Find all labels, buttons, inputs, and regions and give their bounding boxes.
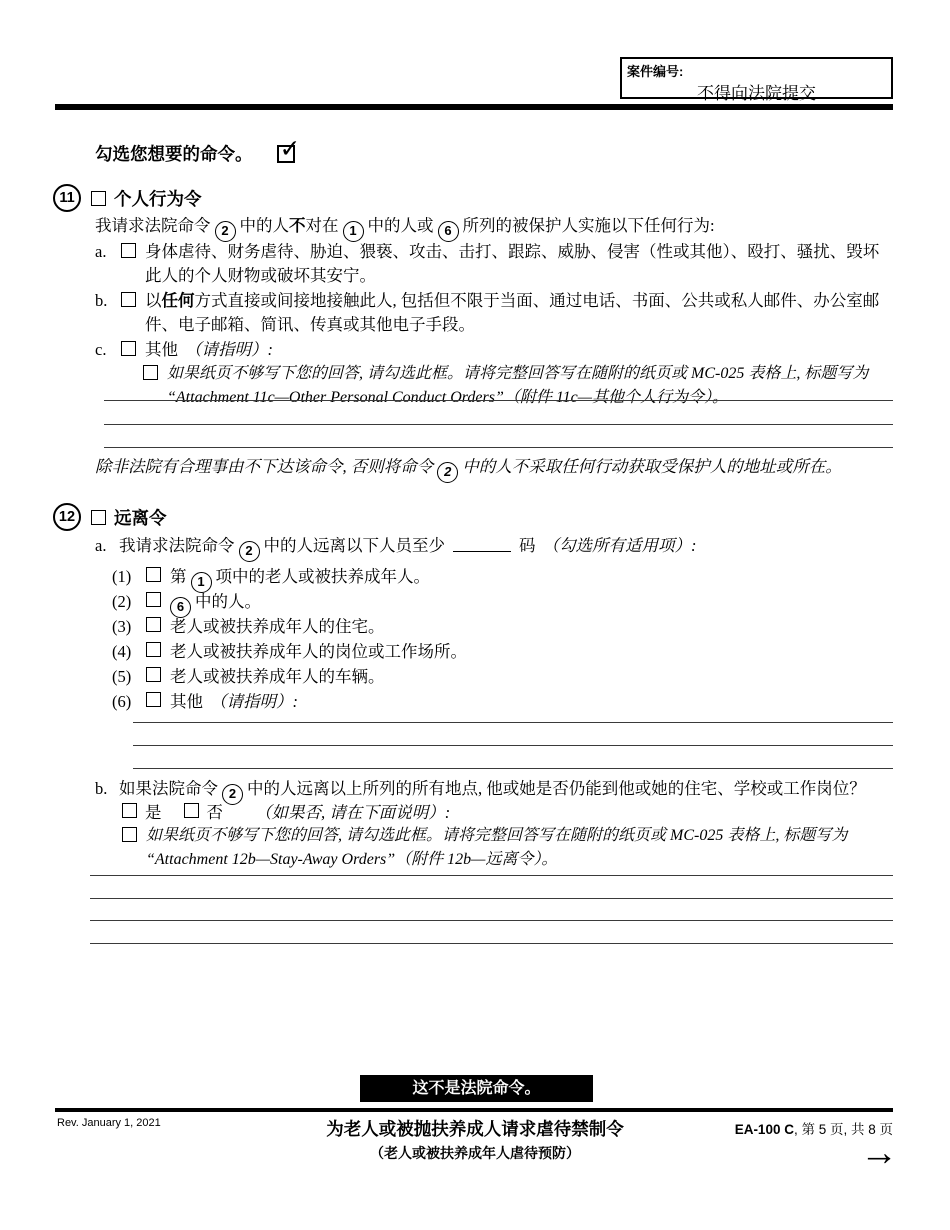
item-11b-pre: 以 — [145, 291, 162, 310]
sub-item-1: (1) 第1项中的老人或被扶养成年人。 — [112, 565, 430, 593]
attachment-12b: 如果纸页不够写下您的回答, 请勾选此框。请将完整回答写在随附的纸页或 MC-02… — [122, 824, 894, 871]
sub-item-1-text: 第1项中的老人或被扶养成年人。 — [170, 565, 430, 593]
write-line[interactable] — [133, 722, 893, 723]
form-page: { "header": { "case_label": "案件编号:", "ca… — [0, 0, 950, 1230]
sub-item-2-text: 6中的人。 — [170, 590, 261, 618]
section-12-checkbox[interactable] — [91, 510, 106, 525]
sub-item-4-label: 老人或被扶养成年人的岗位或工作场所。 — [170, 640, 467, 663]
attachment-11c-checkbox[interactable] — [143, 365, 158, 380]
sub-item-5-label: 老人或被扶养成年人的车辆。 — [170, 665, 385, 688]
yes-no-row: 是 否 （如果否, 请在下面说明）: — [122, 801, 450, 825]
write-line[interactable] — [90, 943, 893, 944]
sub-item-4-number: (4) — [112, 640, 146, 663]
item-11b: b. 以任何方式直接或间接地接触此人, 包括但不限于当面、通过电话、书面、公共或… — [95, 289, 887, 336]
write-line[interactable] — [104, 424, 893, 425]
sub-item-1-number: (1) — [112, 565, 146, 588]
intro-text: 所列的被保护人实施以下任何行为: — [463, 216, 715, 235]
case-number-label: 案件编号: — [622, 59, 891, 80]
case-number-value: 不得向法院提交 — [622, 79, 891, 104]
yes-checkbox[interactable] — [122, 803, 137, 818]
form-number: EA-100 C — [735, 1122, 794, 1137]
write-line[interactable] — [104, 400, 893, 401]
no-label: 否 — [207, 801, 224, 825]
sub-item-6-checkbox[interactable] — [146, 692, 161, 707]
write-line[interactable] — [90, 898, 893, 899]
item-11c-checkbox[interactable] — [121, 341, 136, 356]
sub-item-2-checkbox[interactable] — [146, 592, 161, 607]
section-12-number: 12 — [53, 503, 81, 531]
intro-text: 对在 — [306, 216, 339, 235]
item-11c-hint: （请指明）: — [185, 340, 273, 359]
yes-label: 是 — [145, 801, 162, 825]
note-text: 中的人不采取任何行动获取受保护人的地址或所在。 — [462, 457, 842, 476]
item-11b-bold: 任何 — [162, 291, 195, 310]
circled-2-icon: 2 — [239, 541, 260, 562]
item-12b-post: 中的人远离以上所列的所有地点, 他或她是否仍能到他或她的住宅、学校或工作岗位？ — [247, 779, 866, 798]
instruction-text: 勾选您想要的命令。 — [95, 141, 253, 166]
section-11-checkbox[interactable] — [91, 191, 106, 206]
intro-bold-text: 不 — [289, 216, 306, 235]
yes-no-hint: （如果否, 请在下面说明）: — [255, 801, 450, 825]
checked-checkbox-icon: ✓ — [277, 145, 295, 163]
item-11c-text: 其他（请指明）: — [145, 338, 273, 362]
write-line[interactable] — [133, 768, 893, 769]
next-page-arrow-icon: → — [860, 1134, 898, 1172]
attachment-12b-checkbox[interactable] — [122, 827, 137, 842]
item-11a-text: 身体虐待、财务虐待、胁迫、猥亵、攻击、击打、跟踪、威胁、侵害（性或其他）、殴打、… — [145, 240, 887, 287]
section-11-number: 11 — [53, 184, 81, 212]
item-11a-checkbox[interactable] — [121, 243, 136, 258]
attachment-11c: 如果纸页不够写下您的回答, 请勾选此框。请将完整回答写在随附的纸页或 MC-02… — [143, 362, 897, 409]
sub-item-6-label: 其他 — [170, 692, 203, 711]
circled-6-icon: 6 — [438, 221, 459, 242]
item-11a-marker: a. — [95, 240, 121, 264]
item-11c-marker: c. — [95, 338, 121, 362]
section-11-intro: 我请求法院命令2中的人不对在1中的人或6所列的被保护人实施以下任何行为: — [95, 214, 900, 242]
sub-item-5-checkbox[interactable] — [146, 667, 161, 682]
footer-divider — [55, 1108, 893, 1112]
section-12-header: 12 远离令 — [53, 503, 167, 531]
intro-text: 我请求法院命令 — [95, 216, 211, 235]
item-12a: a. 我请求法院命令2中的人远离以下人员至少码（勾选所有适用项）: — [95, 534, 697, 562]
item-11b-marker: b. — [95, 289, 121, 313]
sub-item-3-label: 老人或被扶养成年人的住宅。 — [170, 615, 385, 638]
sub-item-2-number: (2) — [112, 590, 146, 613]
intro-text: 中的人或 — [368, 216, 434, 235]
sub-item-6-hint: （请指明）: — [210, 692, 298, 711]
item-12b-marker: b. — [95, 777, 119, 801]
instruction-heading: 勾选您想要的命令。 ✓ — [95, 141, 295, 166]
item-11c: c. 其他（请指明）: — [95, 338, 273, 362]
item-12a-text: 我请求法院命令2中的人远离以下人员至少码（勾选所有适用项）: — [119, 534, 697, 562]
sub-item-3-checkbox[interactable] — [146, 617, 161, 632]
write-line[interactable] — [90, 920, 893, 921]
circled-1-icon: 1 — [343, 221, 364, 242]
circled-2-icon: 2 — [215, 221, 236, 242]
section-12-title: 远离令 — [114, 505, 167, 530]
form-subtitle: （老人或被扶养成年人虐待预防） — [0, 1143, 950, 1163]
circled-2-icon: 2 — [437, 462, 458, 483]
sub-item-2-label: 中的人。 — [195, 592, 261, 611]
write-line[interactable] — [133, 745, 893, 746]
section-11-header: 11 个人行为令 — [53, 184, 202, 212]
sub-item-4: (4) 老人或被扶养成年人的岗位或工作场所。 — [112, 640, 467, 663]
top-divider — [55, 104, 893, 110]
sub-item-2: (2) 6中的人。 — [112, 590, 261, 618]
item-11c-label: 其他 — [145, 340, 178, 359]
attachment-11c-text: 如果纸页不够写下您的回答, 请勾选此框。请将完整回答写在随附的纸页或 MC-02… — [167, 362, 897, 409]
item-12a-marker: a. — [95, 534, 119, 558]
item-11b-text: 以任何方式直接或间接地接触此人, 包括但不限于当面、通过电话、书面、公共或私人邮… — [145, 289, 887, 336]
item-12b-pre: 如果法院命令 — [119, 779, 218, 798]
sub-item-5: (5) 老人或被扶养成年人的车辆。 — [112, 665, 385, 688]
sub-item-6-text: 其他（请指明）: — [170, 690, 298, 713]
case-number-box[interactable]: 案件编号: 不得向法院提交 — [620, 57, 893, 99]
not-court-order-banner: 这不是法院命令。 — [360, 1075, 593, 1102]
note-text: 除非法院有合理事由不下达该命令, 否则将命令 — [95, 457, 433, 476]
item-12a-mid: 中的人远离以下人员至少 — [264, 536, 446, 555]
attachment-12b-text: 如果纸页不够写下您的回答, 请勾选此框。请将完整回答写在随附的纸页或 MC-02… — [146, 824, 894, 871]
sub-item-6-number: (6) — [112, 690, 146, 713]
sub-item-3: (3) 老人或被扶养成年人的住宅。 — [112, 615, 385, 638]
item-12a-pre: 我请求法院命令 — [119, 536, 235, 555]
write-line[interactable] — [90, 875, 893, 876]
item-12a-hint: （勾选所有适用项）: — [543, 536, 697, 555]
sub-item-3-number: (3) — [112, 615, 146, 638]
intro-text: 中的人 — [240, 216, 290, 235]
sub-item-6: (6) 其他（请指明）: — [112, 690, 298, 713]
no-checkbox[interactable] — [184, 803, 199, 818]
section-11-title: 个人行为令 — [114, 186, 202, 211]
sub-item-1-pre: 第 — [170, 567, 187, 586]
section-11-note: 除非法院有合理事由不下达该命令, 否则将命令2中的人不采取任何行动获取受保护人的… — [95, 455, 900, 483]
sub-item-1-checkbox[interactable] — [146, 567, 161, 582]
sub-item-1-label: 项中的老人或被扶养成年人。 — [216, 567, 431, 586]
item-11b-checkbox[interactable] — [121, 292, 136, 307]
item-11b-post: 方式直接或间接地接触此人, 包括但不限于当面、通过电话、书面、公共或私人邮件、办… — [145, 291, 879, 334]
item-12a-unit: 码 — [519, 536, 536, 555]
yards-blank-field[interactable] — [453, 537, 511, 552]
item-11a: a. 身体虐待、财务虐待、胁迫、猥亵、攻击、击打、跟踪、威胁、侵害（性或其他）、… — [95, 240, 887, 287]
sub-item-5-number: (5) — [112, 665, 146, 688]
sub-item-4-checkbox[interactable] — [146, 642, 161, 657]
check-mark-icon: ✓ — [280, 134, 301, 164]
write-line[interactable] — [104, 447, 893, 448]
